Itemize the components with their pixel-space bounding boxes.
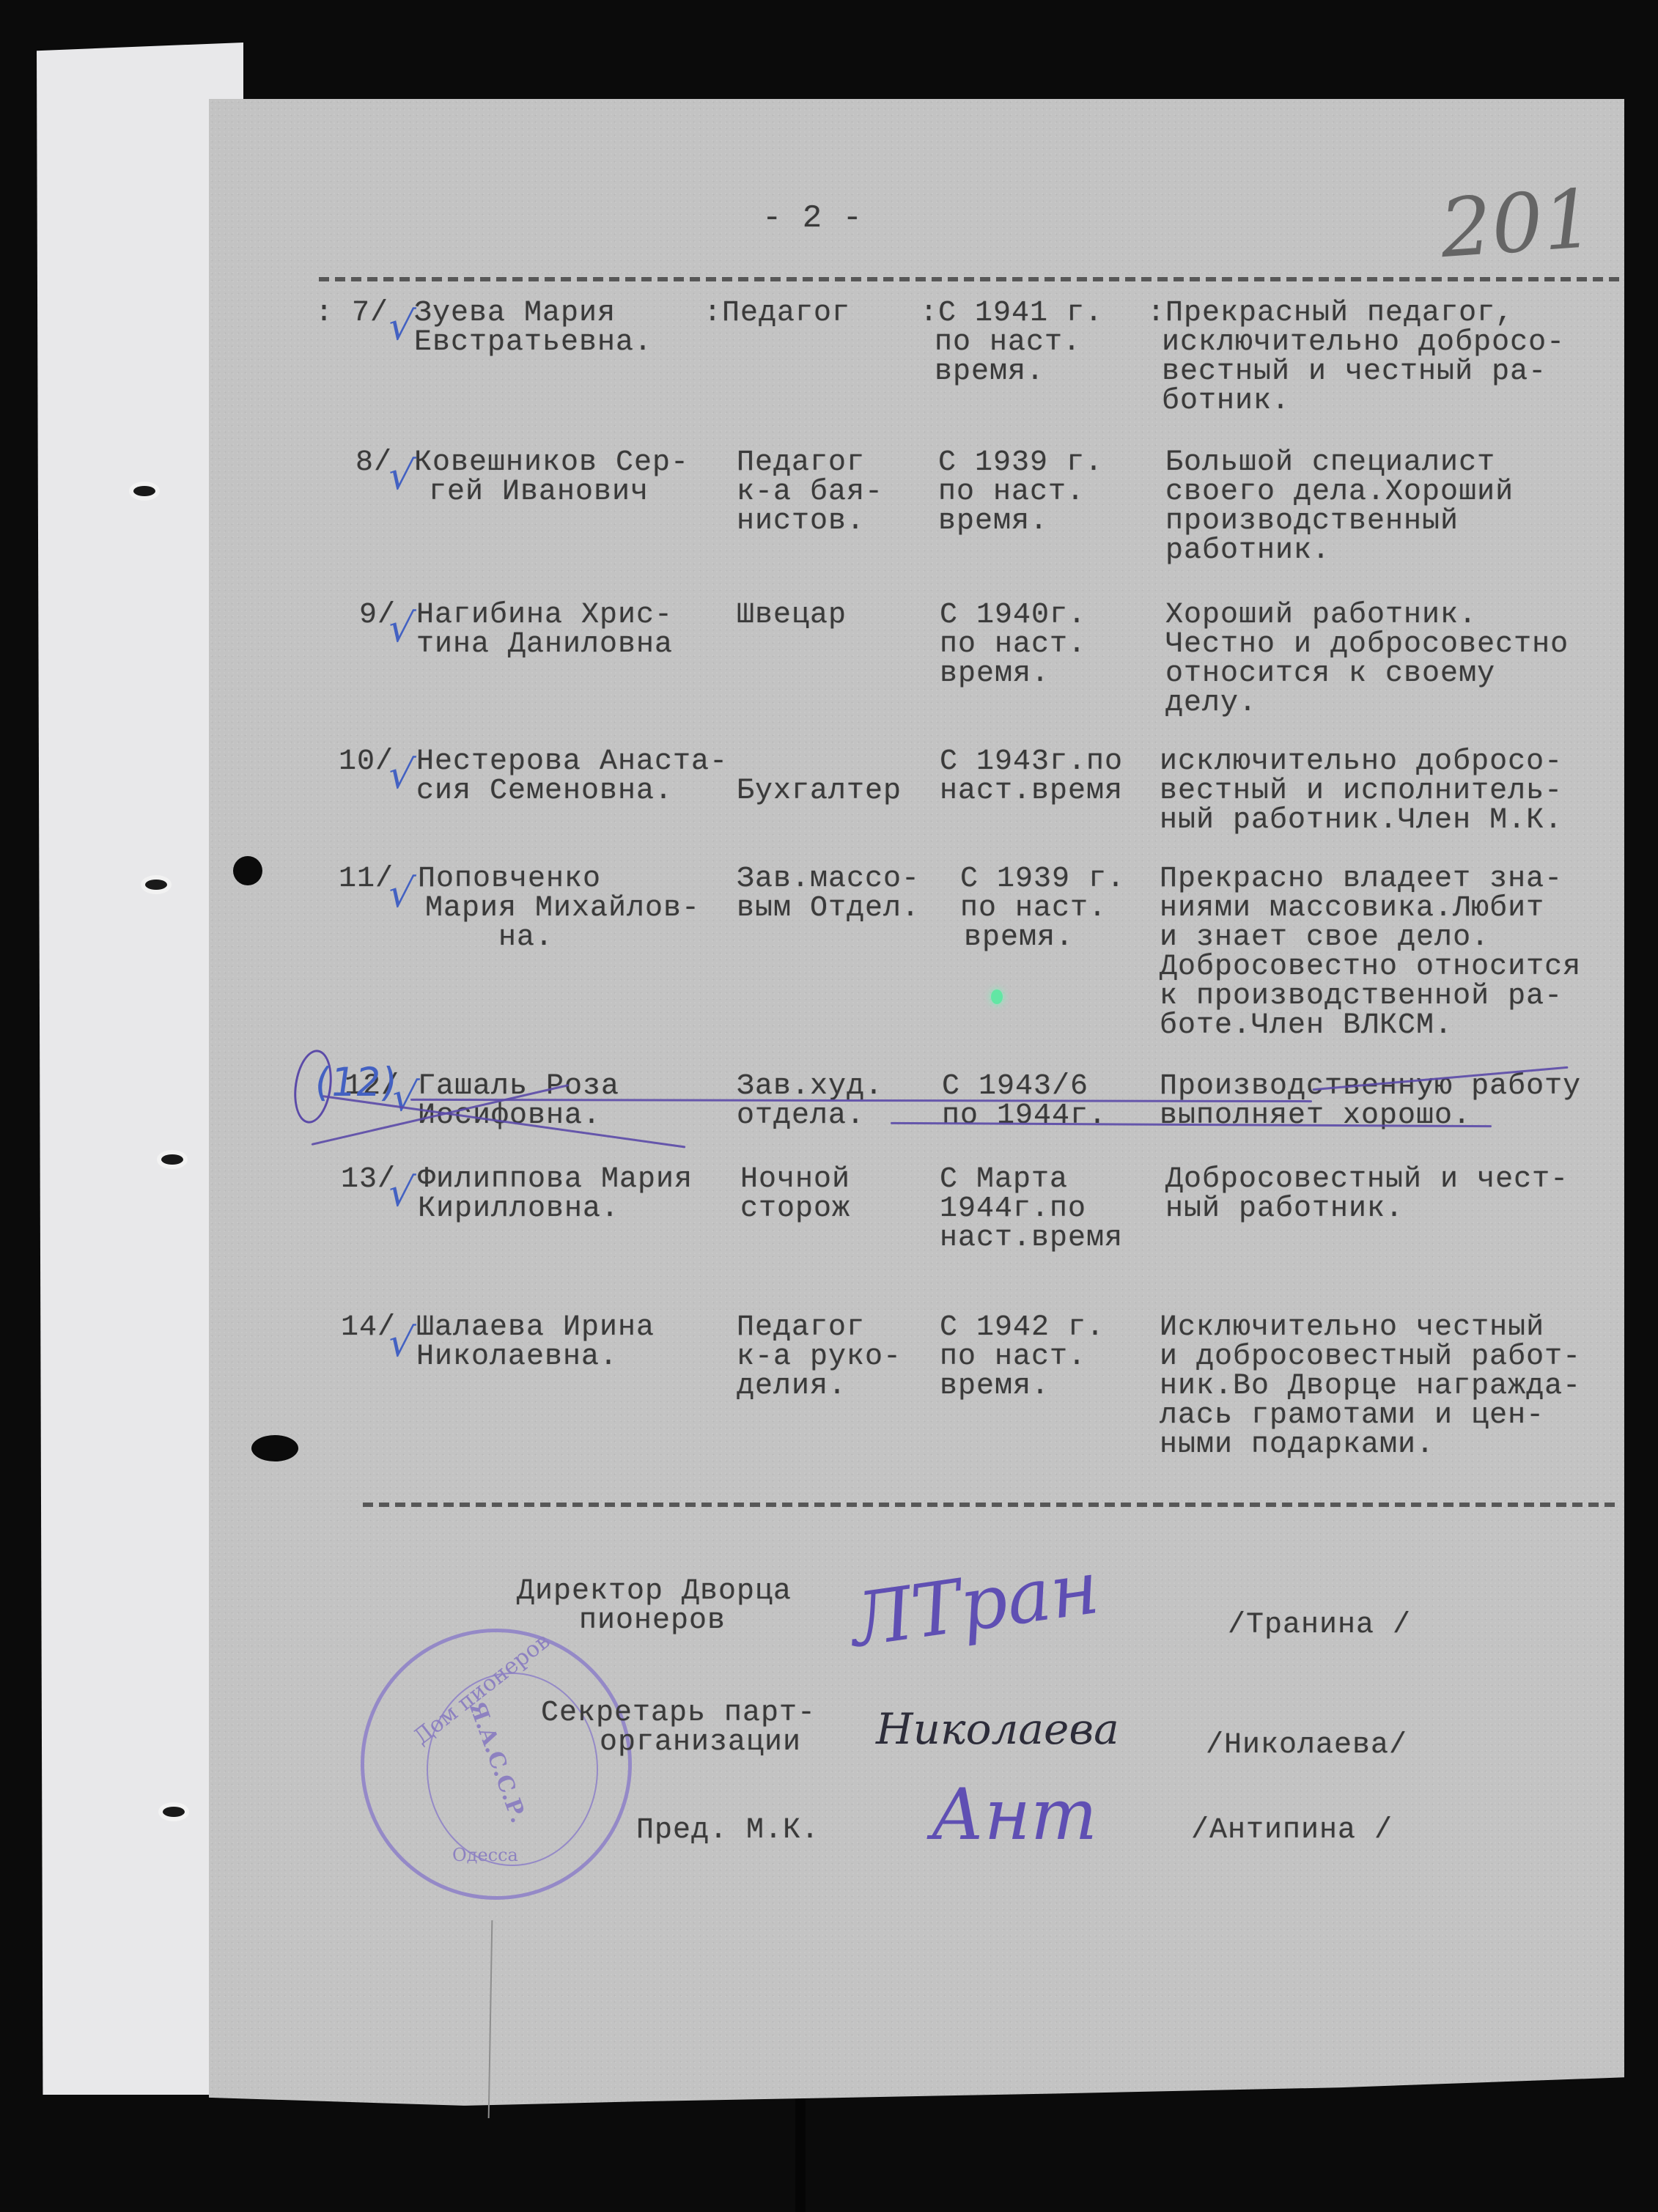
signatory-name: /Антипина / xyxy=(1191,1816,1393,1846)
paper-punch-hole xyxy=(233,856,262,885)
page-number: - 2 - xyxy=(762,204,863,233)
employee-name: Зуева Мария Евстратьевна. xyxy=(414,299,652,358)
row-number: 13/ xyxy=(341,1165,396,1195)
employee-position: Зав.массо- вым Отдел. xyxy=(737,865,920,923)
employee-position: Швецар xyxy=(737,601,847,630)
strip-punch-hole xyxy=(133,486,155,496)
scanner-light-spot xyxy=(991,989,1003,1004)
employment-period: С 1939 г. по наст. время. xyxy=(938,449,1103,537)
employee-position: :Педагог xyxy=(704,299,850,328)
employment-period: С 1943г.по наст.время xyxy=(940,748,1123,806)
employee-name: Поповченко Мария Михайлов- на. xyxy=(418,865,700,953)
strip-punch-hole xyxy=(161,1154,183,1165)
signatory-title: Пред. М.К. xyxy=(636,1816,819,1846)
employee-name: Филиппова Мария Кирилловна. xyxy=(418,1165,693,1224)
organization-stamp: Дом пионеров Я.А.С.С.Р. Одесса xyxy=(361,1629,632,1900)
employee-remarks: Большой специалист своего дела.Хороший п… xyxy=(1165,449,1514,566)
employee-position: Ночной сторож xyxy=(740,1165,850,1224)
signatory-title: Секретарь парт- организации xyxy=(541,1699,816,1758)
signatory-name: /Николаева/ xyxy=(1206,1731,1407,1761)
handwritten-signature: Ант xyxy=(931,1774,1097,1856)
employment-period: С 1940г. по наст. время. xyxy=(940,601,1086,689)
employment-period: С 1939 г. по наст. время. xyxy=(960,865,1125,953)
employee-remarks: Исключительно честный и добросовестный р… xyxy=(1160,1313,1581,1460)
stamp-bottom-text: Одесса xyxy=(452,1845,518,1865)
employee-name: Нагибина Хрис- тина Даниловна xyxy=(416,601,673,660)
employee-position: Педагог к-а руко- делия. xyxy=(737,1313,902,1401)
employee-remarks: Прекрасно владеет зна- ниями массовика.Л… xyxy=(1160,865,1581,1041)
employment-period: С Марта 1944г.по наст.время xyxy=(940,1165,1123,1253)
signatory-name: /Транина / xyxy=(1228,1611,1411,1640)
row-number: 8/ xyxy=(355,449,392,478)
employee-remarks: Хороший работник. Честно и добросовестно… xyxy=(1165,601,1569,718)
mount-seam xyxy=(795,2096,806,2212)
employee-remarks: исключительно добросо- вестный и исполни… xyxy=(1160,748,1563,836)
employee-name: Шалаева Ирина Николаевна. xyxy=(416,1313,655,1372)
handwritten-signature: Николаева xyxy=(876,1704,1119,1754)
employee-position: Педагог к-а бая- нистов. xyxy=(737,449,883,537)
signatory-title: Директор Дворца пионеров xyxy=(517,1577,792,1636)
row-number: 14/ xyxy=(341,1313,396,1343)
employee-name: Нестерова Анаста- сия Семеновна. xyxy=(416,748,728,806)
strip-punch-hole xyxy=(163,1807,185,1817)
archive-sheet-number: 201 xyxy=(1437,178,1596,269)
employee-name: Ковешников Сер- гей Иванович xyxy=(414,449,689,507)
employee-position: Бухгалтер xyxy=(737,748,902,806)
row-number: 11/ xyxy=(339,865,394,894)
employment-period: С 1942 г. по наст. время. xyxy=(940,1313,1105,1401)
strip-punch-hole xyxy=(145,880,167,890)
paper-punch-hole xyxy=(251,1435,298,1461)
employment-period: :С 1941 г. по наст. время. xyxy=(920,299,1103,387)
top-dashed-rule xyxy=(319,277,1620,281)
row-number: : 7/ xyxy=(315,299,388,328)
bottom-dashed-rule xyxy=(363,1503,1620,1507)
employee-remarks: Добросовестный и чест- ный работник. xyxy=(1165,1165,1569,1224)
employee-remarks: :Прекрасный педагог, исключительно добро… xyxy=(1147,299,1565,416)
row-number: 10/ xyxy=(339,748,394,777)
